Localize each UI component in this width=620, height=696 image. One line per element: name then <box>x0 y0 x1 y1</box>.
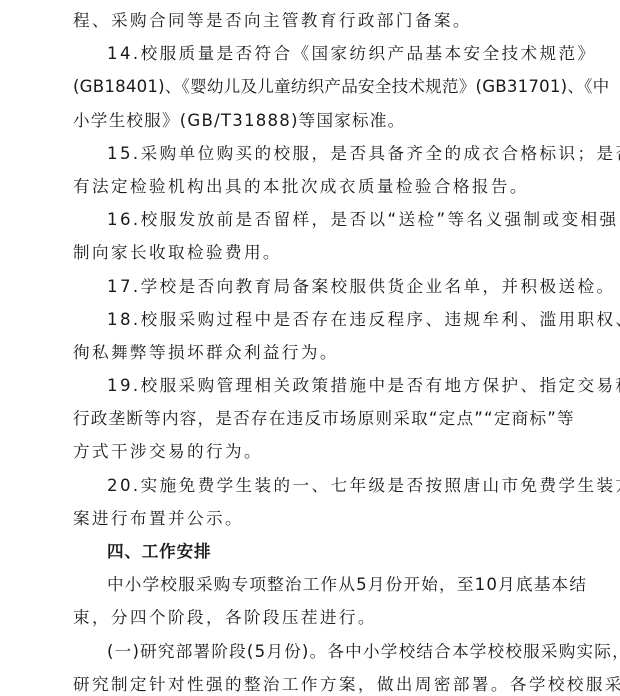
item-14-line-1: 14.校服质量是否符合《国家纺织产品基本安全技术规范》 <box>73 37 555 70</box>
schedule-paragraph-line-2: 束，分四个阶段，各阶段压茬进行。 <box>73 601 555 634</box>
section-heading: 四、工作安排 <box>73 535 555 568</box>
paragraph-13-continuation: 程、采购合同等是否向主管教育行政部门备案。 <box>73 4 555 37</box>
item-18-line-2: 徇私舞弊等损坏群众利益行为。 <box>73 336 555 369</box>
document-page: 程、采购合同等是否向主管教育行政部门备案。 14.校服质量是否符合《国家纺织产品… <box>73 4 555 696</box>
item-15-line-2: 有法定检验机构出具的本批次成衣质量检验合格报告。 <box>73 170 555 203</box>
item-18-line-1: 18.校服采购过程中是否存在违反程序、违规牟利、滥用职权、 <box>73 303 555 336</box>
item-19-line-1: 19.校服采购管理相关政策措施中是否有地方保护、指定交易和 <box>73 369 555 402</box>
item-20-line-1: 20.实施免费学生装的一、七年级是否按照唐山市免费学生装方 <box>73 469 555 502</box>
item-16-line-2: 制向家长收取检验费用。 <box>73 236 555 269</box>
item-14-line-3: 小学生校服》(GB/T31888)等国家标准。 <box>73 104 555 137</box>
item-15-line-1: 15.采购单位购买的校服，是否具备齐全的成衣合格标识；是否 <box>73 137 555 170</box>
item-20-line-2: 案进行布置并公示。 <box>73 502 555 535</box>
item-19-line-3: 方式干涉交易的行为。 <box>73 435 555 468</box>
item-17: 17.学校是否向教育局备案校服供货企业名单，并积极送检。 <box>73 270 555 303</box>
schedule-paragraph-line-1: 中小学校服采购专项整治工作从5月份开始，至10月底基本结 <box>73 568 555 601</box>
phase-1-line-1: (一)研究部署阶段(5月份)。各中小学校结合本学校校服采购实际， <box>73 635 555 668</box>
item-16-line-1: 16.校服发放前是否留样，是否以“送检”等名义强制或变相强 <box>73 203 555 236</box>
item-14-line-2: (GB18401)、《婴幼儿及儿童纺织产品安全技术规范》(GB31701)、《中 <box>73 70 555 103</box>
item-19-line-2: 行政垄断等内容，是否存在违反市场原则采取“定点”“定商标”等 <box>73 402 555 435</box>
phase-1-line-2: 研究制定针对性强的整治工作方案，做出周密部署。各学校校服采 <box>73 668 555 696</box>
